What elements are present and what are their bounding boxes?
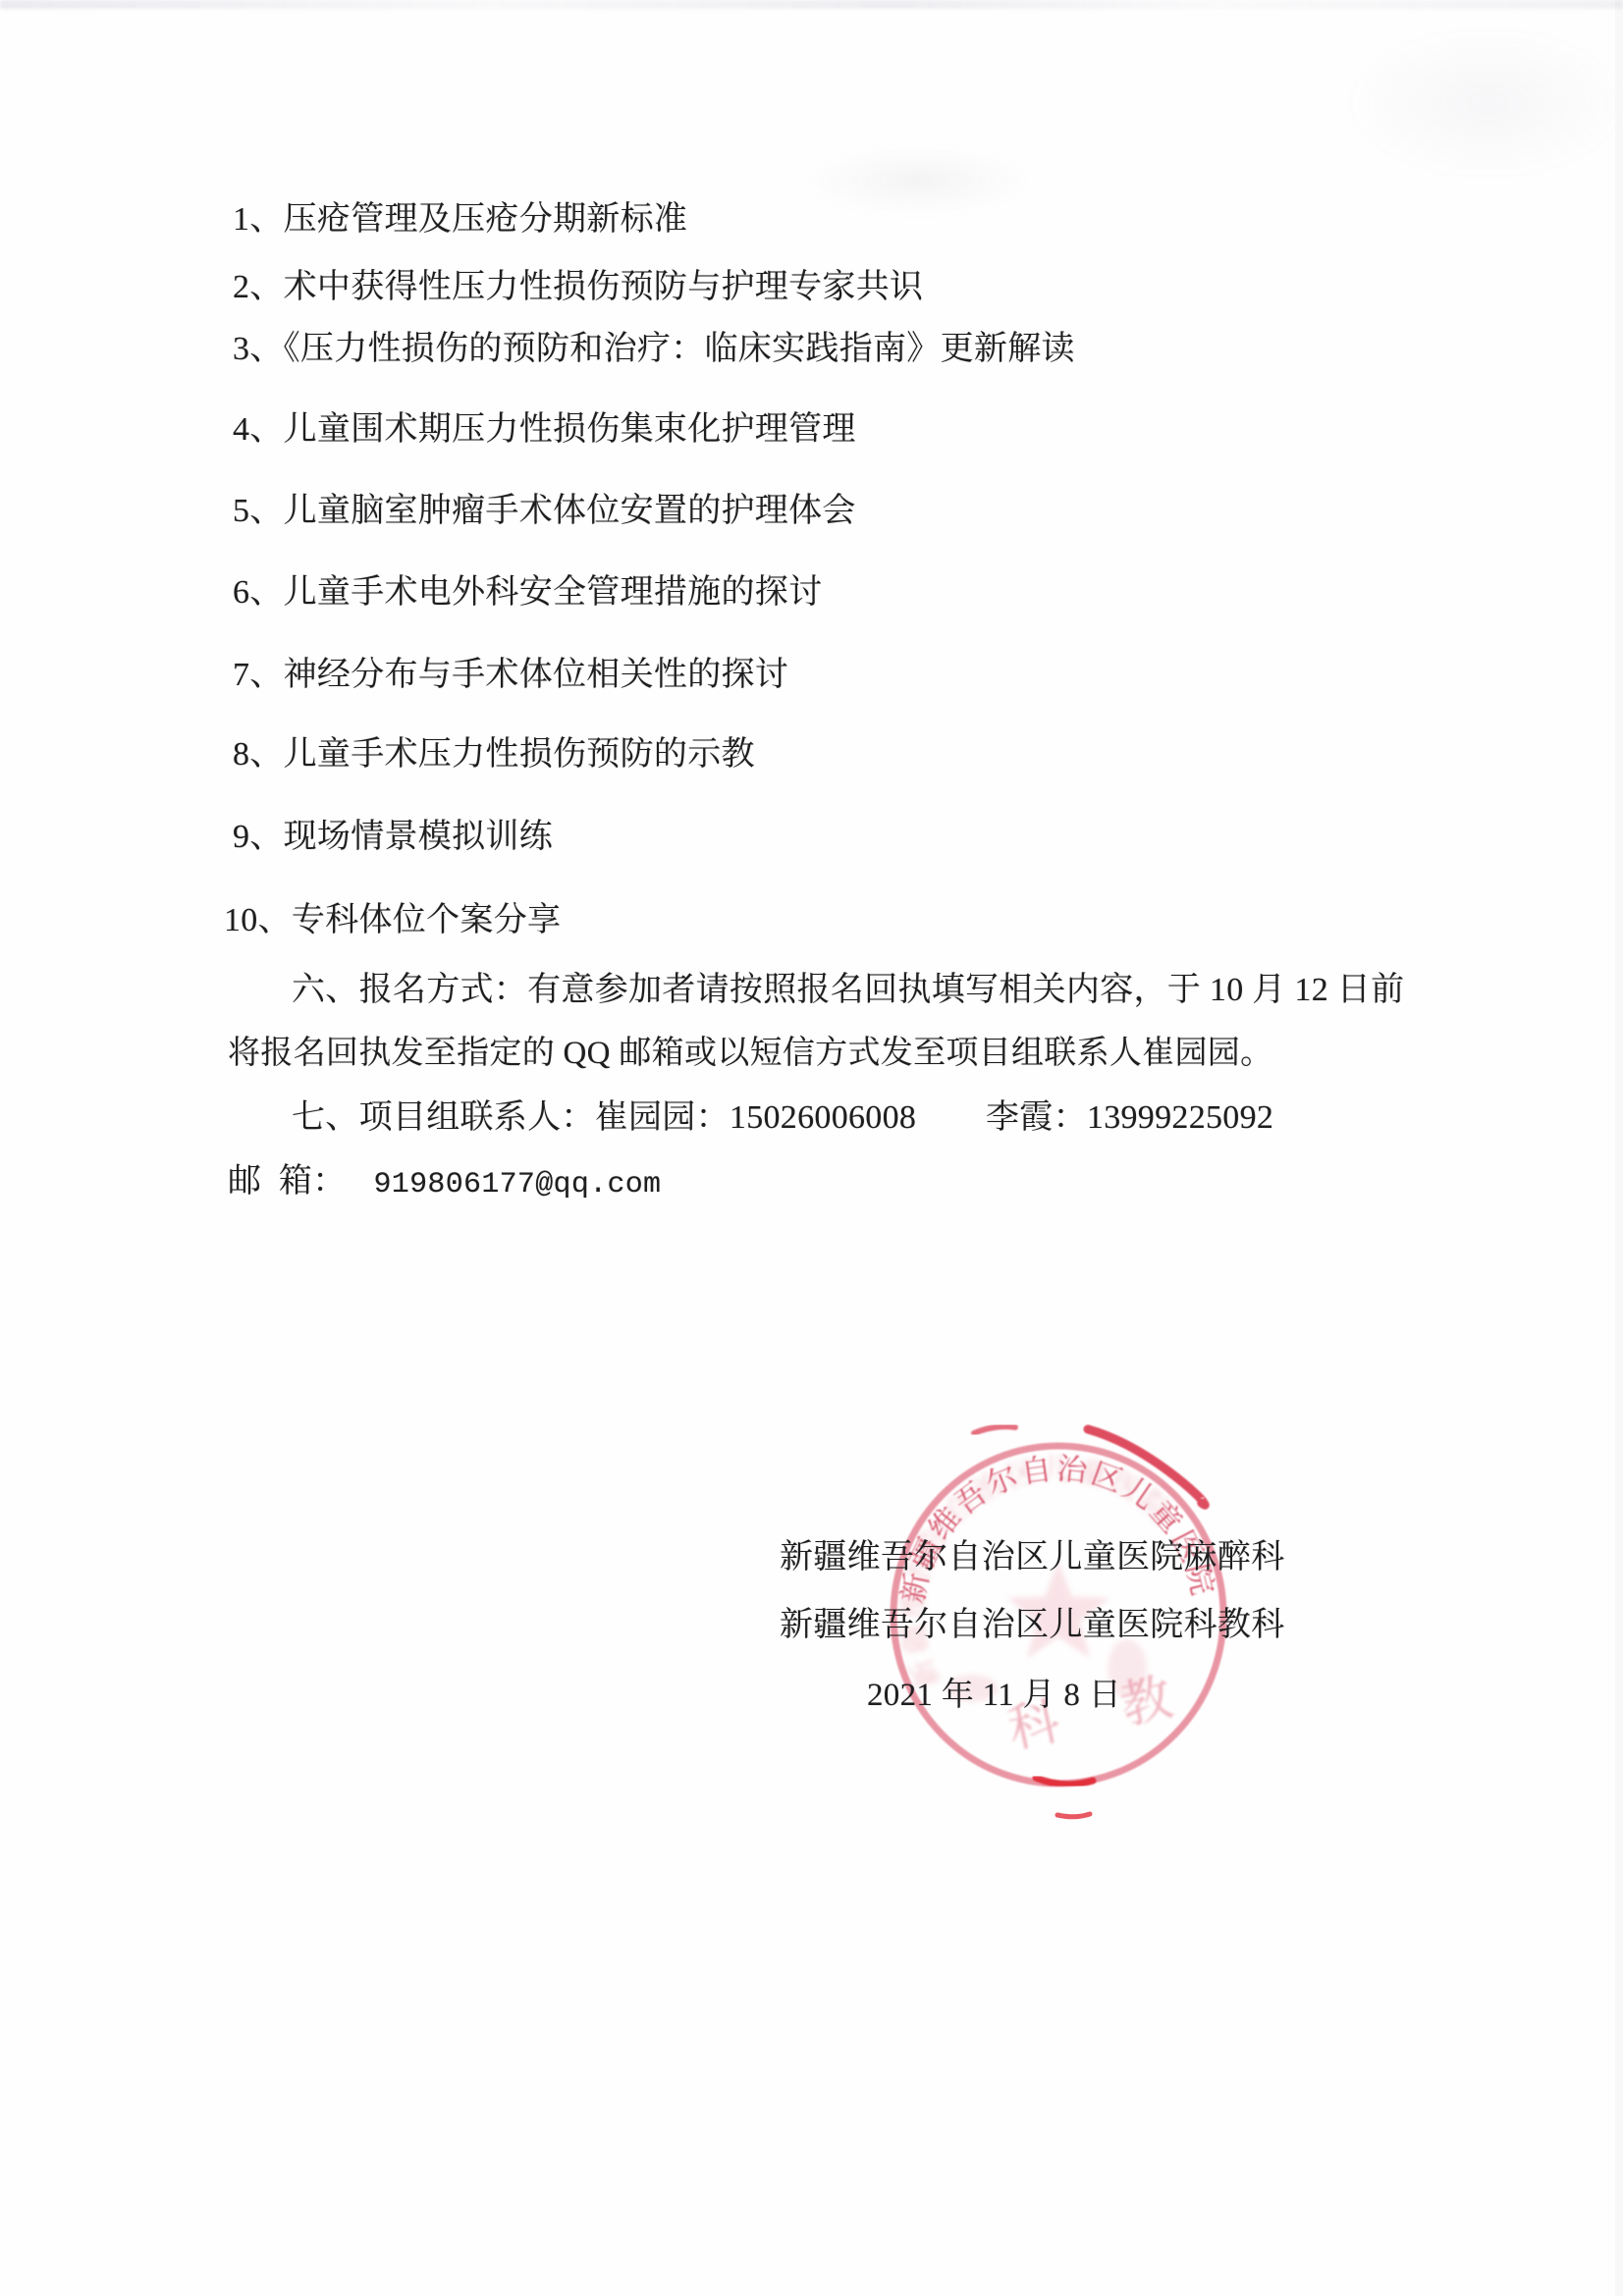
agenda-item-9: 9、现场情景模拟训练 [233,818,553,857]
scan-noise-top-edge [0,0,1623,9]
agenda-item-10: 10、专科体位个案分享 [224,901,561,940]
email-label: 邮 箱： [228,1163,347,1200]
contact-line: 七、项目组联系人：崔园园：15026006008 [292,1098,916,1138]
agenda-item-1: 1、压疮管理及压疮分期新标准 [233,200,687,240]
stamp-stray-mark [1057,1814,1090,1817]
agenda-item-4: 4、儿童围术期压力性损伤集束化护理管理 [233,410,856,450]
signature-date: 2021 年 11 月 8 日 [867,1677,1121,1715]
scan-smudge [1345,29,1623,177]
scan-smudge [805,145,1031,216]
email-line: 邮 箱：919806177@qq.com [228,1162,661,1202]
registration-line-1: 六、报名方式：有意参加者请按照报名回执填写相关内容，于 10 月 12 日前 [292,971,1404,1010]
agenda-item-6: 6、儿童手术电外科安全管理措施的探讨 [233,573,822,613]
agenda-item-3: 3、《压力性损伤的预防和治疗：临床实践指南》更新解读 [233,330,1075,369]
contact-secondary: 李霞：13999225092 [986,1098,1273,1138]
registration-line-2: 将报名回执发至指定的 QQ 邮箱或以短信方式发至项目组联系人崔园园。 [228,1035,1272,1073]
agenda-item-2: 2、术中获得性压力性损伤预防与护理专家共识 [233,268,923,307]
stamp-fragment-fleck [974,1426,1015,1433]
signature-dept-1: 新疆维吾尔自治区儿童医院麻醉科 [780,1538,1285,1577]
email-address: 919806177@qq.com [374,1168,662,1201]
signature-dept-2: 新疆维吾尔自治区儿童医院科教科 [780,1606,1285,1645]
agenda-item-8: 8、儿童手术压力性损伤预防的示教 [233,735,755,774]
agenda-item-7: 7、神经分布与手术体位相关性的探讨 [233,656,788,695]
scanned-document-page: 1、压疮管理及压疮分期新标准 2、术中获得性压力性损伤预防与护理专家共识 3、《… [0,0,1623,2296]
agenda-item-5: 5、儿童脑室肿瘤手术体位安置的护理体会 [233,492,856,531]
scan-edge-shadow [1615,0,1623,2296]
